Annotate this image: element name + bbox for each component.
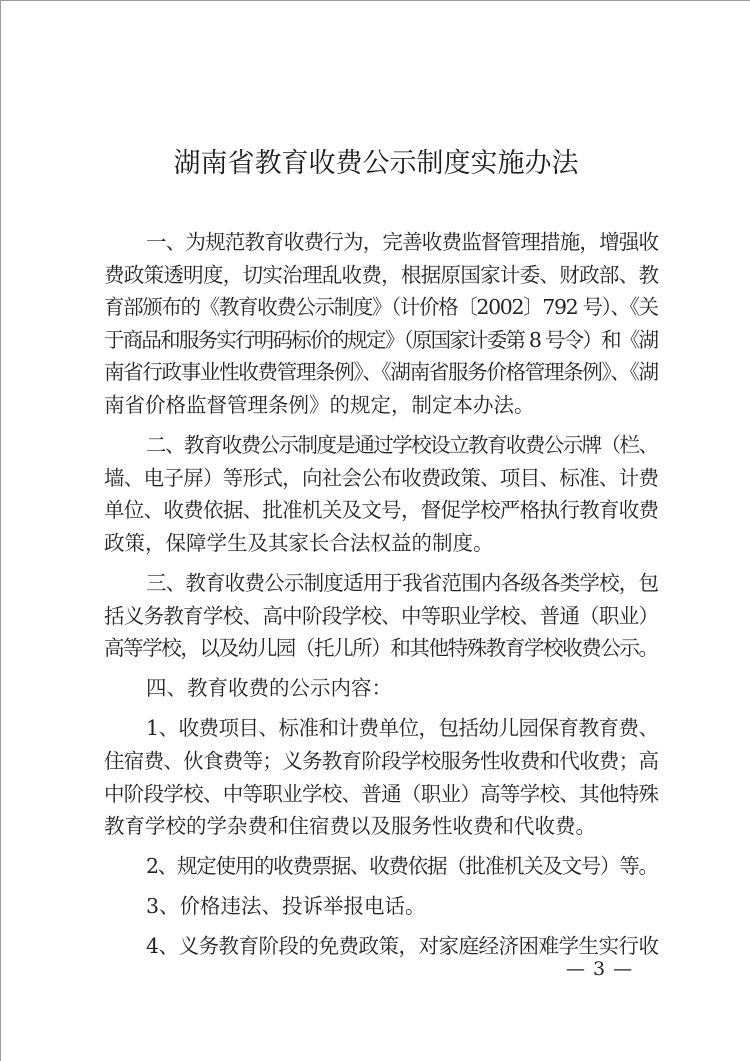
document-body: 一、为规范教育收费行为，完善收费监督管理措施，增强收 费政策透明度，切实治理乱收… — [104, 226, 659, 970]
list-item-3: 3、价格违法、投诉举报电话。 — [104, 890, 659, 923]
text-line: 于商品和服务实行明码标价的规定》（原国家计委第 8 号令）和《湖 — [62, 324, 617, 357]
text-line: 括义务教育学校、高中阶段学校、中等职业学校、普通（职业） — [62, 600, 617, 633]
text-line: 住宿费、伙食费等；义务教育阶段学校服务性收费和代收费；高 — [62, 745, 617, 778]
text-line: 高等学校，以及幼儿园（托儿所）和其他特殊教育学校收费公示。 — [62, 632, 617, 665]
list-item-1: 1、收费项目、标准和计费单位，包括幼儿园保育教育费、 住宿费、伙食费等；义务教育… — [104, 712, 659, 842]
text-line: 单位、收费依据、批准机关及文号，督促学校严格执行教育收费 — [62, 494, 617, 527]
text-line: 1、收费项目、标准和计费单位，包括幼儿园保育教育费、 — [104, 712, 617, 745]
text-line: 费政策透明度，切实治理乱收费，根据原国家计委、财政部、教 — [62, 259, 617, 292]
paragraph-4-heading: 四、教育收费的公示内容： — [104, 672, 659, 705]
document-title: 湖南省教育收费公示制度实施办法 — [1, 141, 750, 180]
text-line: 一、为规范教育收费行为，完善收费监督管理措施，增强收 — [104, 226, 617, 259]
text-line: 2、规定使用的收费票据、收费依据（批准机关及文号）等。 — [104, 850, 617, 883]
text-line: 三、教育收费公示制度适用于我省范围内各级各类学校，包 — [104, 567, 617, 600]
text-line: 教育学校的学杂费和住宿费以及服务性收费和代收费。 — [62, 810, 617, 843]
text-line: 南省行政事业性收费管理条例》、《湖南省服务价格管理条例》、《湖 — [62, 356, 617, 389]
list-item-2: 2、规定使用的收费票据、收费依据（批准机关及文号）等。 — [104, 850, 659, 883]
text-line: 育部颁布的《教育收费公示制度》（计价格〔2002〕792 号）、《关 — [62, 291, 617, 324]
text-line: 4、义务教育阶段的免费政策，对家庭经济困难学生实行收 — [104, 930, 617, 963]
text-line: 政策，保障学生及其家长合法权益的制度。 — [62, 527, 617, 560]
page-number: — 3 — — [566, 958, 633, 980]
text-line: 四、教育收费的公示内容： — [104, 672, 617, 705]
paragraph-3: 三、教育收费公示制度适用于我省范围内各级各类学校，包 括义务教育学校、高中阶段学… — [104, 567, 659, 665]
document-page: 湖南省教育收费公示制度实施办法 一、为规范教育收费行为，完善收费监督管理措施，增… — [0, 0, 750, 1061]
text-line: 南省价格监督管理条例》的规定，制定本办法。 — [62, 389, 617, 422]
text-line: 中阶段学校、中等职业学校、普通（职业）高等学校、其他特殊 — [62, 778, 617, 811]
paragraph-2: 二、教育收费公示制度是通过学校设立教育收费公示牌（栏、 墙、电子屏）等形式，向社… — [104, 429, 659, 559]
paragraph-1: 一、为规范教育收费行为，完善收费监督管理措施，增强收 费政策透明度，切实治理乱收… — [104, 226, 659, 422]
text-line: 3、价格违法、投诉举报电话。 — [104, 890, 617, 923]
text-line: 墙、电子屏）等形式，向社会公布收费政策、项目、标准、计费 — [62, 462, 617, 495]
text-line: 二、教育收费公示制度是通过学校设立教育收费公示牌（栏、 — [104, 429, 617, 462]
